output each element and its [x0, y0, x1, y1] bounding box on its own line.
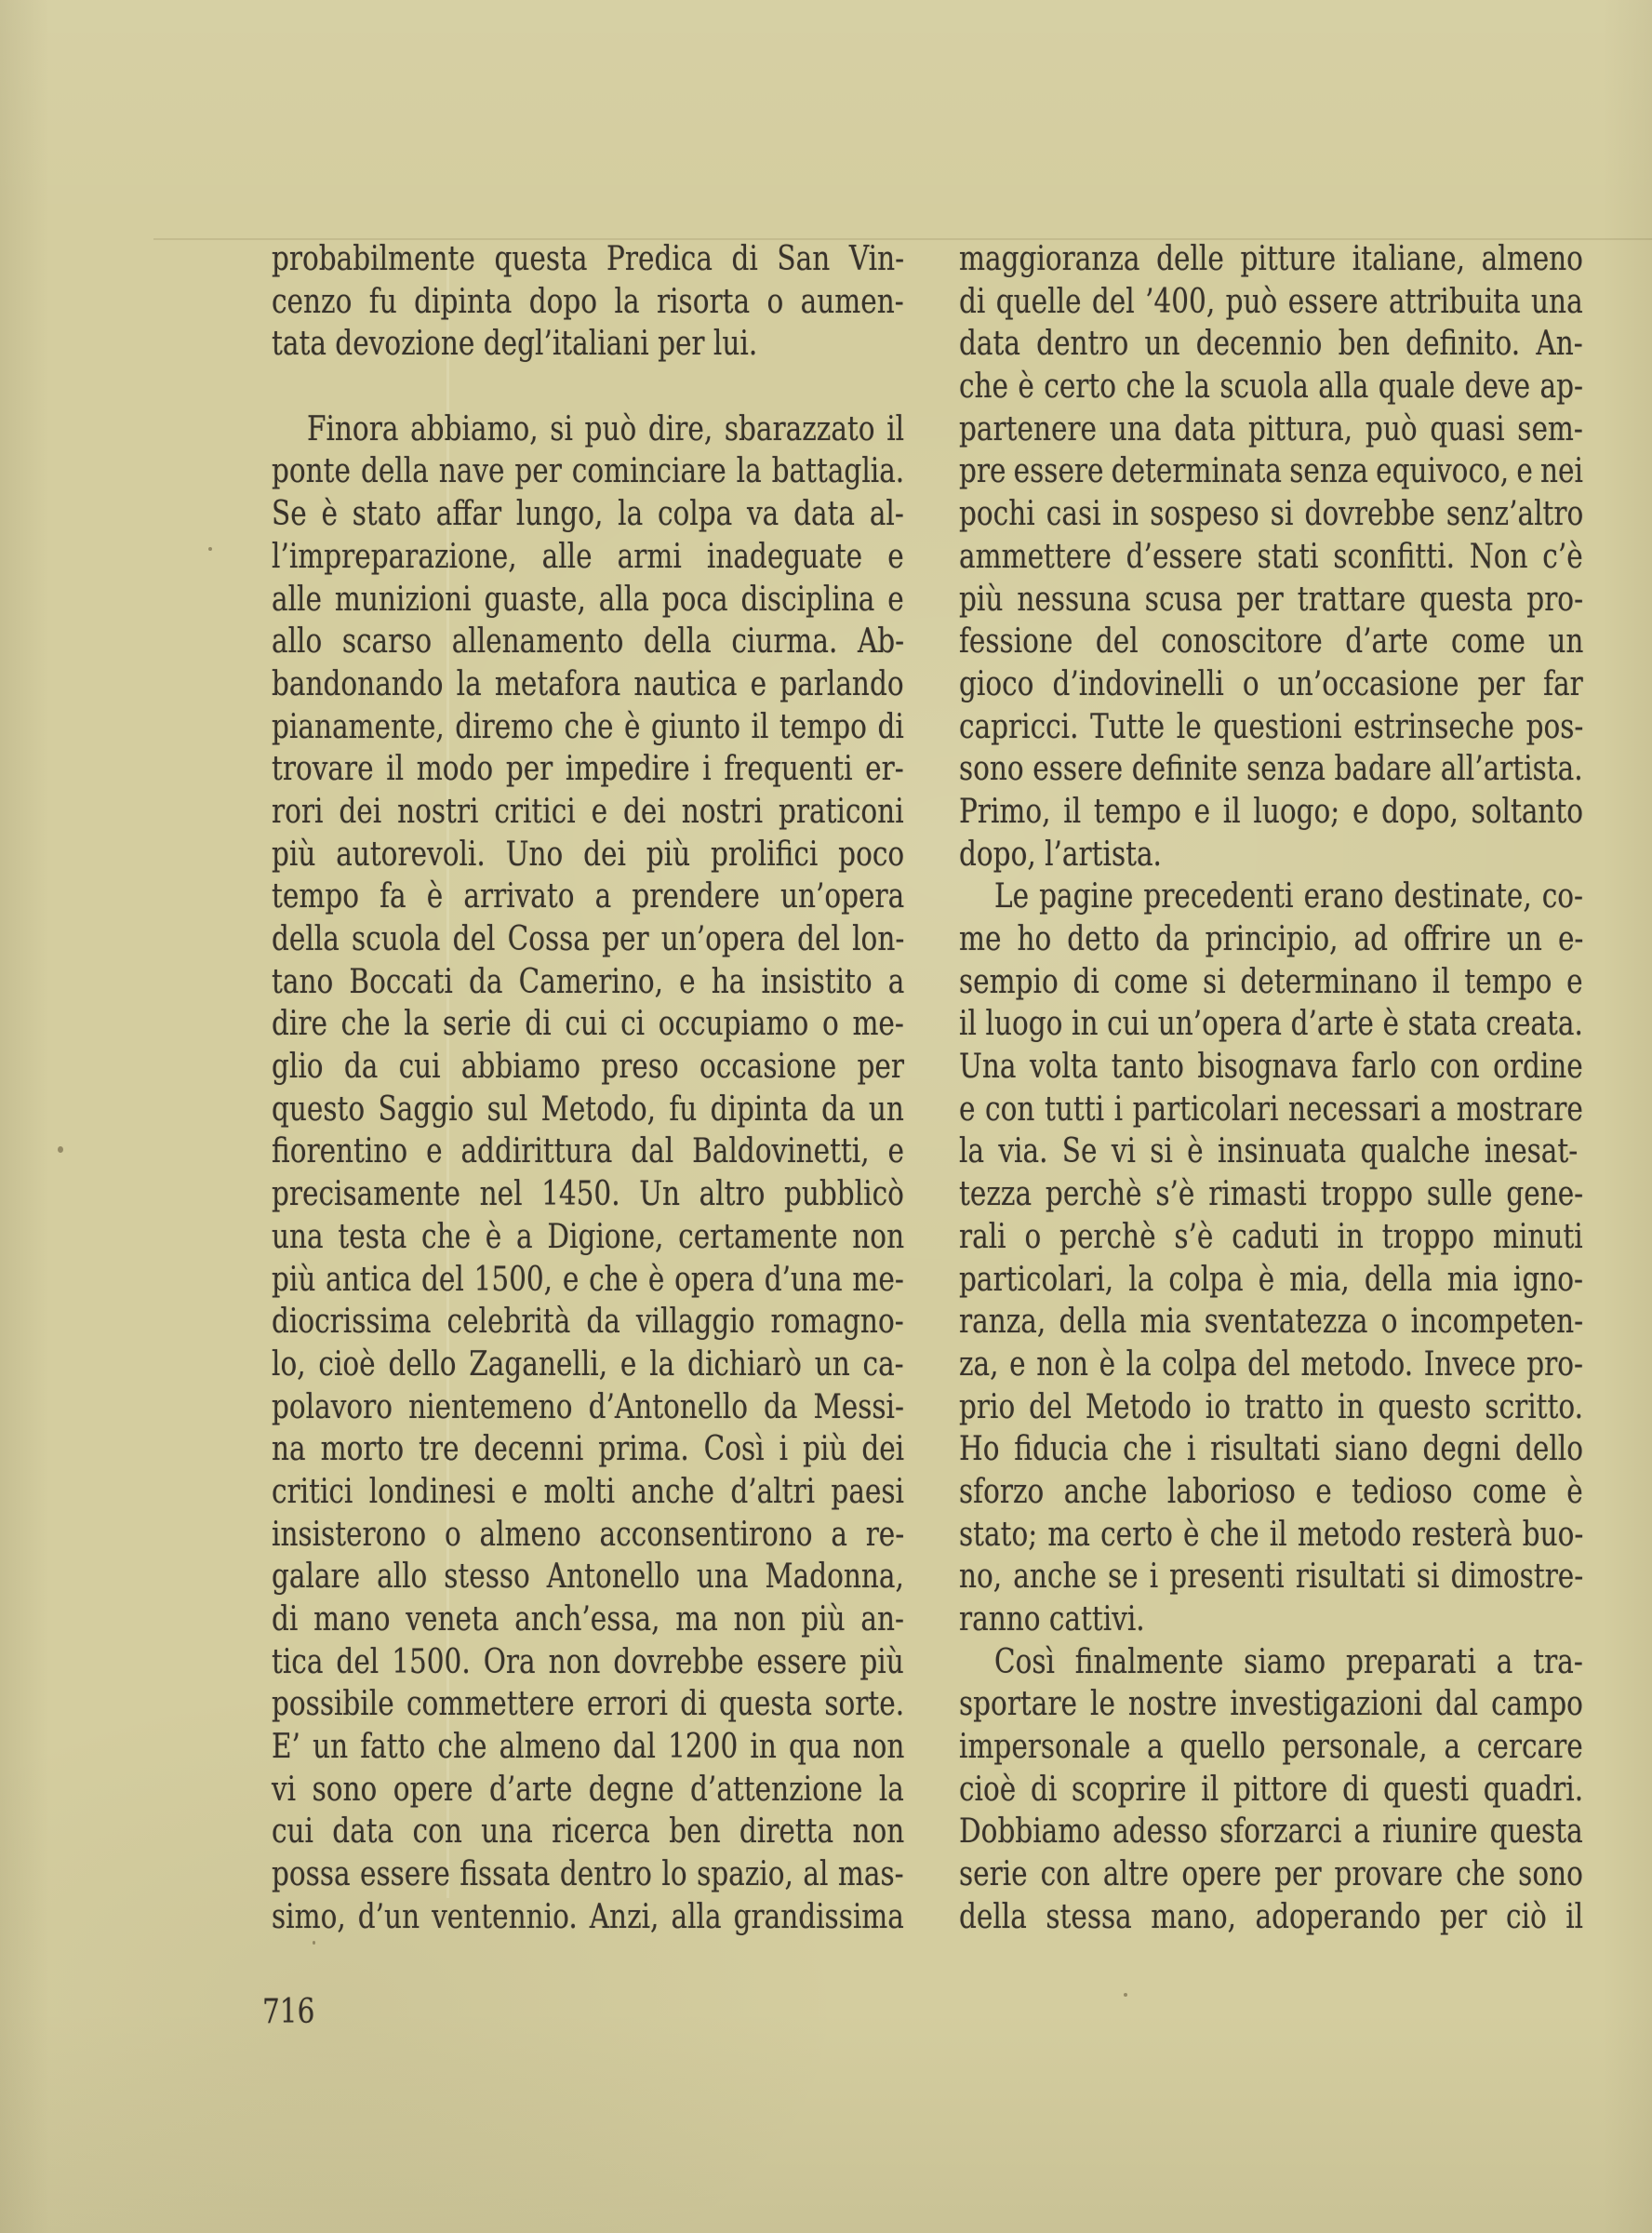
text-line: na morto tre decenni prima. Così i più d… — [272, 1428, 904, 1471]
text-line-content: fessione del conoscitore d’arte come un — [959, 621, 1583, 663]
text-line-content: ponte della nave per cominciare la batta… — [272, 450, 904, 493]
text-line: di quelle del ’400, può essere attribuit… — [959, 281, 1583, 324]
text-line-content: ranno cattivi. — [959, 1598, 1145, 1641]
text-line-content: possibile commettere errori di questa so… — [272, 1683, 904, 1726]
text-line-content: vi sono opere d’arte degne d’attenzione … — [272, 1769, 904, 1812]
text-line-content: prio del Metodo io tratto in questo scri… — [959, 1386, 1583, 1429]
text-line-content: tica del 1500. Ora non dovrebbe essere p… — [272, 1641, 904, 1684]
text-line-content: della stessa mano, adoperando per ciò il — [959, 1896, 1583, 1939]
text-line-content: sforzo anche laborioso e tedioso come è — [959, 1471, 1583, 1514]
text-line-content: galare allo stesso Antonello una Madonna… — [272, 1556, 904, 1598]
text-line: fessione del conoscitore d’arte come un — [959, 621, 1583, 663]
text-line: tempo fa è arrivato a prendere un’opera — [272, 876, 904, 918]
text-line: Le pagine precedenti erano destinate, co… — [959, 876, 1583, 918]
text-line-content: simo, d’un ventennio. Anzi, alla grandis… — [272, 1896, 904, 1939]
text-line: stato; ma certo è che il metodo resterà … — [959, 1514, 1583, 1557]
text-line-content: pochi casi in sospeso si dovrebbe senz’a… — [959, 493, 1583, 536]
text-line-content: dopo, l’artista. — [959, 834, 1162, 876]
text-line-content: rori dei nostri critici e dei nostri pra… — [272, 791, 904, 834]
text-line: ponte della nave per cominciare la batta… — [272, 450, 904, 493]
text-line: Una volta tanto bisognava farlo con ordi… — [959, 1046, 1583, 1089]
text-line-content: possa essere fissata dentro lo spazio, a… — [272, 1853, 904, 1896]
text-line: possibile commettere errori di questa so… — [272, 1683, 904, 1726]
text-line: pochi casi in sospeso si dovrebbe senz’a… — [959, 493, 1583, 536]
text-line: maggioranza delle pitture italiane, alme… — [959, 238, 1583, 281]
text-line: Ho fiducia che i risultati siano degni d… — [959, 1428, 1583, 1471]
text-line-content: bandonando la metafora nautica e parland… — [272, 663, 904, 706]
text-line-content: lo, cioè dello Zaganelli, e la dichiarò … — [272, 1344, 904, 1386]
text-line: glio da cui abbiamo preso occasione per — [272, 1046, 904, 1089]
text-line: gioco d’indovinelli o un’occasione per f… — [959, 663, 1583, 706]
text-line: una testa che è a Digione, certamente no… — [272, 1216, 904, 1259]
text-line: trovare il modo per impedire i frequenti… — [272, 748, 904, 791]
text-line-content: trovare il modo per impedire i frequenti… — [272, 748, 904, 791]
text-line: della scuola del Cossa per un’opera del … — [272, 918, 904, 961]
text-line-content: impersonale a quello personale, a cercar… — [959, 1726, 1583, 1769]
text-line-content: la via. Se vi si è insinuata qualche ine… — [959, 1130, 1578, 1173]
text-line: cenzo fu dipinta dopo la risorta o aumen… — [272, 281, 904, 324]
text-line-content: no, anche se i presenti risultati si dim… — [959, 1556, 1583, 1598]
text-line: dopo, l’artista. — [959, 834, 1583, 876]
text-line: sempio di come si determinano il tempo e — [959, 961, 1583, 1004]
text-line-content: più antica del 1500, e che è opera d’una… — [272, 1259, 904, 1302]
text-line: di mano veneta anch’essa, ma non più an- — [272, 1598, 904, 1641]
text-line-content: cenzo fu dipinta dopo la risorta o aumen… — [272, 281, 904, 324]
text-line: Se è stato affar lungo, la colpa va data… — [272, 493, 904, 536]
ink-speck — [313, 1941, 315, 1945]
text-line: particolari, la colpa è mia, della mia i… — [959, 1259, 1583, 1302]
text-line: ranza, della mia sventatezza o incompete… — [959, 1301, 1583, 1344]
text-line: sono essere definite senza badare all’ar… — [959, 748, 1583, 791]
text-line-content: E’ un fatto che almeno dal 1200 in qua n… — [272, 1726, 904, 1769]
book-page-scan: { "page": { "number": "716", "paper_colo… — [0, 0, 1652, 2233]
text-line: allo scarso allenamento della ciurma. Ab… — [272, 621, 904, 663]
text-line: sportare le nostre investigazioni dal ca… — [959, 1683, 1583, 1726]
text-line-content: insisterono o almeno acconsentirono a re… — [272, 1514, 904, 1557]
text-line: ranno cattivi. — [959, 1598, 1583, 1641]
text-line: prio del Metodo io tratto in questo scri… — [959, 1386, 1583, 1429]
text-line: tica del 1500. Ora non dovrebbe essere p… — [272, 1641, 904, 1684]
text-line-content: cui data con una ricerca ben diretta non — [272, 1811, 904, 1853]
text-line: tano Boccati da Camerino, e ha insistito… — [272, 961, 904, 1004]
text-line: dire che la serie di cui ci occupiamo o … — [272, 1003, 904, 1046]
text-line-content: dire che la serie di cui ci occupiamo o … — [272, 1003, 904, 1046]
paragraph-gap — [272, 366, 904, 408]
text-line-content: ammettere d’essere stati sconfitti. Non … — [959, 536, 1583, 579]
text-line: cioè di scoprire il pittore di questi qu… — [959, 1769, 1583, 1812]
text-line-content: particolari, la colpa è mia, della mia i… — [959, 1259, 1583, 1302]
text-line: diocrissima celebrità da villaggio romag… — [272, 1301, 904, 1344]
text-line: fiorentino e addirittura dal Baldovinett… — [272, 1130, 904, 1173]
text-line-content: allo scarso allenamento della ciurma. Ab… — [272, 621, 904, 663]
text-line-content: della scuola del Cossa per un’opera del … — [272, 918, 904, 961]
text-line-content: za, e non è la colpa del metodo. Invece … — [959, 1344, 1583, 1386]
text-line: Primo, il tempo e il luogo; e dopo, solt… — [959, 791, 1583, 834]
text-line-content: stato; ma certo è che il metodo resterà … — [959, 1514, 1583, 1557]
text-line-content: Una volta tanto bisognava farlo con ordi… — [959, 1046, 1583, 1089]
text-line: capricci. Tutte le questioni estrinseche… — [959, 706, 1583, 749]
text-line-content: Così finalmente siamo preparati a tra- — [994, 1641, 1583, 1684]
text-line: za, e non è la colpa del metodo. Invece … — [959, 1344, 1583, 1386]
text-column-left: probabilmente questa Predica di San Vin-… — [272, 238, 904, 1939]
ink-speck — [1124, 1993, 1127, 1997]
text-line: E’ un fatto che almeno dal 1200 in qua n… — [272, 1726, 904, 1769]
text-line: questo Saggio sul Metodo, fu dipinta da … — [272, 1089, 904, 1131]
text-line: rali o perchè s’è caduti in troppo minut… — [959, 1216, 1583, 1259]
text-line: alle munizioni guaste, alla poca discipl… — [272, 579, 904, 622]
text-line: data dentro un decennio ben definito. An… — [959, 323, 1583, 366]
text-line: pianamente, diremo che è giunto il tempo… — [272, 706, 904, 749]
text-line: precisamente nel 1450. Un altro pubblicò — [272, 1173, 904, 1216]
page-number: 716 — [262, 1991, 314, 2033]
text-line: la via. Se vi si è insinuata qualche ine… — [959, 1130, 1583, 1173]
text-line-content: glio da cui abbiamo preso occasione per — [272, 1046, 904, 1089]
text-line: Così finalmente siamo preparati a tra- — [959, 1641, 1583, 1684]
text-line-content: Dobbiamo adesso sforzarci a riunire ques… — [959, 1811, 1583, 1853]
text-line: serie con altre opere per provare che so… — [959, 1853, 1583, 1896]
text-line-content: maggioranza delle pitture italiane, alme… — [959, 238, 1583, 281]
text-line: galare allo stesso Antonello una Madonna… — [272, 1556, 904, 1598]
text-line: e con tutti i particolari necessari a mo… — [959, 1089, 1583, 1131]
text-line-content: più autorevoli. Uno dei più prolifici po… — [272, 834, 904, 876]
text-line: tata devozione degl’italiani per lui. — [272, 323, 904, 366]
text-line-content: probabilmente questa Predica di San Vin- — [272, 238, 904, 281]
text-line-content: tata devozione degl’italiani per lui. — [272, 323, 757, 366]
text-line-content: partenere una data pittura, può quasi se… — [959, 408, 1583, 451]
text-line: cui data con una ricerca ben diretta non — [272, 1811, 904, 1853]
text-line-content: cioè di scoprire il pittore di questi qu… — [959, 1769, 1583, 1812]
text-line: insisterono o almeno acconsentirono a re… — [272, 1514, 904, 1557]
text-line-content: di mano veneta anch’essa, ma non più an- — [272, 1598, 904, 1641]
text-line-content: di quelle del ’400, può essere attribuit… — [959, 281, 1583, 324]
text-line: me ho detto da principio, ad offrire un … — [959, 918, 1583, 961]
text-line: impersonale a quello personale, a cercar… — [959, 1726, 1583, 1769]
text-line-content: Finora abbiamo, si può dire, sbarazzato … — [307, 408, 904, 451]
text-line-content: ranza, della mia sventatezza o incompete… — [959, 1301, 1583, 1344]
text-line: ammettere d’essere stati sconfitti. Non … — [959, 536, 1583, 579]
text-line-content: rali o perchè s’è caduti in troppo minut… — [959, 1216, 1583, 1259]
text-line-content: serie con altre opere per provare che so… — [959, 1853, 1583, 1896]
text-line: rori dei nostri critici e dei nostri pra… — [272, 791, 904, 834]
text-line: il luogo in cui un’opera d’arte è stata … — [959, 1003, 1583, 1046]
text-line-content: alle munizioni guaste, alla poca discipl… — [272, 579, 904, 622]
text-line-content: tempo fa è arrivato a prendere un’opera — [272, 876, 904, 918]
text-line-content: una testa che è a Digione, certamente no… — [272, 1216, 904, 1259]
text-line-content: gioco d’indovinelli o un’occasione per f… — [959, 663, 1583, 706]
ink-speck — [208, 547, 212, 551]
text-line: polavoro nientemeno d’Antonello da Messi… — [272, 1386, 904, 1429]
text-line-content: e con tutti i particolari necessari a mo… — [959, 1089, 1583, 1131]
text-line: critici londinesi e molti anche d’altri … — [272, 1471, 904, 1514]
text-line-content: na morto tre decenni prima. Così i più d… — [272, 1428, 904, 1471]
text-line: partenere una data pittura, può quasi se… — [959, 408, 1583, 451]
text-line-content: pianamente, diremo che è giunto il tempo… — [272, 706, 904, 749]
text-line-content: più nessuna scusa per trattare questa pr… — [959, 579, 1583, 622]
text-line-content: il luogo in cui un’opera d’arte è stata … — [959, 1003, 1583, 1046]
text-line-content: che è certo che la scuola alla quale dev… — [959, 366, 1583, 408]
text-line-content: l’impreparazione, alle armi inadeguate e — [272, 536, 904, 579]
text-line-content: tano Boccati da Camerino, e ha insistito… — [272, 961, 904, 1004]
text-line: l’impreparazione, alle armi inadeguate e — [272, 536, 904, 579]
text-line: più autorevoli. Uno dei più prolifici po… — [272, 834, 904, 876]
text-column-right: maggioranza delle pitture italiane, alme… — [959, 238, 1583, 1939]
text-line: sforzo anche laborioso e tedioso come è — [959, 1471, 1583, 1514]
text-line: più nessuna scusa per trattare questa pr… — [959, 579, 1583, 622]
text-line: Dobbiamo adesso sforzarci a riunire ques… — [959, 1811, 1583, 1853]
text-line: possa essere fissata dentro lo spazio, a… — [272, 1853, 904, 1896]
text-line-content: questo Saggio sul Metodo, fu dipinta da … — [272, 1089, 904, 1131]
text-line: bandonando la metafora nautica e parland… — [272, 663, 904, 706]
text-line-content: tezza perchè s’è rimasti troppo sulle ge… — [959, 1173, 1583, 1216]
text-line-content: sportare le nostre investigazioni dal ca… — [959, 1683, 1583, 1726]
text-line: no, anche se i presenti risultati si dim… — [959, 1556, 1583, 1598]
text-line: della stessa mano, adoperando per ciò il — [959, 1896, 1583, 1939]
ink-speck — [58, 1146, 63, 1153]
text-line-content: polavoro nientemeno d’Antonello da Messi… — [272, 1386, 904, 1429]
text-line-content: pre essere determinata senza equivoco, e… — [959, 450, 1583, 493]
text-line-content: critici londinesi e molti anche d’altri … — [272, 1471, 904, 1514]
text-line: pre essere determinata senza equivoco, e… — [959, 450, 1583, 493]
text-line-content: Primo, il tempo e il luogo; e dopo, solt… — [959, 791, 1583, 834]
text-line-content: sono essere definite senza badare all’ar… — [959, 748, 1583, 791]
text-line: che è certo che la scuola alla quale dev… — [959, 366, 1583, 408]
text-line-content: me ho detto da principio, ad offrire un … — [959, 918, 1583, 961]
text-line-content: diocrissima celebrità da villaggio romag… — [272, 1301, 904, 1344]
text-line: più antica del 1500, e che è opera d’una… — [272, 1259, 904, 1302]
text-line-content: Le pagine precedenti erano destinate, co… — [994, 876, 1583, 918]
text-line: probabilmente questa Predica di San Vin- — [272, 238, 904, 281]
text-line-content: capricci. Tutte le questioni estrinseche… — [959, 706, 1583, 749]
text-line: tezza perchè s’è rimasti troppo sulle ge… — [959, 1173, 1583, 1216]
text-line-content: precisamente nel 1450. Un altro pubblicò — [272, 1173, 904, 1216]
text-line-content: Se è stato affar lungo, la colpa va data… — [272, 493, 904, 536]
text-line-content: Ho fiducia che i risultati siano degni d… — [959, 1428, 1583, 1471]
text-line: lo, cioè dello Zaganelli, e la dichiarò … — [272, 1344, 904, 1386]
text-line: simo, d’un ventennio. Anzi, alla grandis… — [272, 1896, 904, 1939]
text-line-content: sempio di come si determinano il tempo e — [959, 961, 1583, 1004]
text-line: Finora abbiamo, si può dire, sbarazzato … — [272, 408, 904, 451]
text-line-content: fiorentino e addirittura dal Baldovinett… — [272, 1130, 904, 1173]
text-line-content: data dentro un decennio ben definito. An… — [959, 323, 1583, 366]
text-line: vi sono opere d’arte degne d’attenzione … — [272, 1769, 904, 1812]
